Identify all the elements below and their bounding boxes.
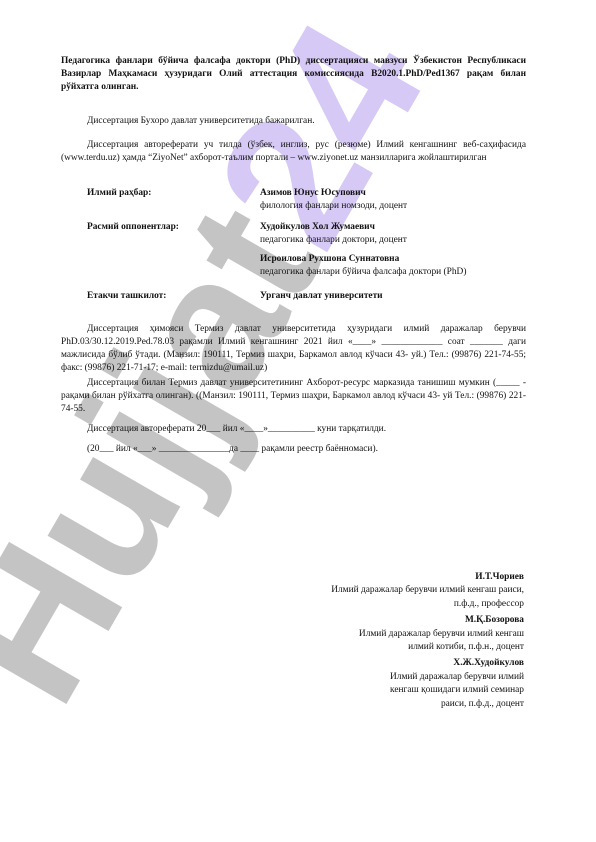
- signature-role: кенгаш қошидаги илмий семинар: [224, 684, 524, 697]
- signature-chairman: И.Т.Чориев Илмий даражалар берувчи илмий…: [224, 571, 524, 611]
- supervisor-title: филология фанлари номзоди, доцент: [260, 200, 526, 213]
- paragraph-abstract-placement: Диссертация автореферати уч тилда (ўзбек…: [61, 139, 526, 165]
- signature-secretary: М.Қ.Бозорова Илмий даражалар берувчи илм…: [224, 614, 524, 654]
- document-body: Педагогика фанлари бўйича фалсафа доктор…: [61, 55, 526, 456]
- signature-role: Илмий даражалар берувчи илмий кенгаш: [224, 628, 524, 641]
- supervisor-name: Азимов Юнус Юсупович: [260, 187, 526, 200]
- signature-name: М.Қ.Бозорова: [224, 614, 524, 627]
- paragraph-performed: Диссертация Бухоро давлат университетида…: [61, 115, 526, 128]
- defense-paragraph: Диссертация ҳимояси Термиз давлат универ…: [61, 323, 526, 375]
- signature-name: И.Т.Чориев: [224, 571, 524, 584]
- opponent-1-title: педагогика фанлари доктори, доцент: [260, 234, 526, 247]
- signature-role: п.ф.д., профессор: [224, 598, 524, 611]
- opponents-label: Расмий оппонентлар:: [61, 221, 260, 279]
- opponent-2-name: Исроилова Рухшона Суннатовна: [260, 253, 526, 266]
- opponent-2-title: педагогика фанлари бўйича фалсафа доктор…: [260, 266, 526, 279]
- library-paragraph: Диссертация билан Термиз давлат универси…: [61, 377, 526, 416]
- leading-org-row: Етакчи ташкилот: Урганч давлат университ…: [61, 290, 526, 303]
- signature-role: Илмий даражалар берувчи илмий кенгаш раи…: [224, 584, 524, 597]
- people-section: Илмий раҳбар: Азимов Юнус Юсупович филол…: [61, 187, 526, 303]
- document-page: Hujjat24 Педагогика фанлари бўйича фалса…: [0, 0, 596, 842]
- registry-paragraph: (20___ йил «___» _______________да ____ …: [61, 443, 526, 456]
- signature-seminar-chair: Х.Ж.Худойкулов Илмий даражалар берувчи и…: [224, 657, 524, 711]
- opponents-row: Расмий оппонентлар: Худойкулов Хол Жумае…: [61, 221, 526, 279]
- signature-role: Илмий даражалар берувчи илмий: [224, 671, 524, 684]
- supervisor-label: Илмий раҳбар:: [61, 187, 260, 213]
- signature-name: Х.Ж.Худойкулов: [224, 657, 524, 670]
- signature-role: раиси, п.ф.д., доцент: [224, 698, 524, 711]
- distribution-paragraph: Диссертация автореферати 20___ йил «____…: [61, 423, 526, 436]
- leading-org-name: Урганч давлат университети: [260, 290, 526, 303]
- supervisor-row: Илмий раҳбар: Азимов Юнус Юсупович филол…: [61, 187, 526, 213]
- opponent-1-name: Худойкулов Хол Жумаевич: [260, 221, 526, 234]
- signature-role: илмий котиби, п.ф.н., доцент: [224, 641, 524, 654]
- signature-block: И.Т.Чориев Илмий даражалар берувчи илмий…: [224, 571, 524, 711]
- leading-org-label: Етакчи ташкилот:: [61, 290, 260, 303]
- registration-title: Педагогика фанлари бўйича фалсафа доктор…: [61, 55, 526, 94]
